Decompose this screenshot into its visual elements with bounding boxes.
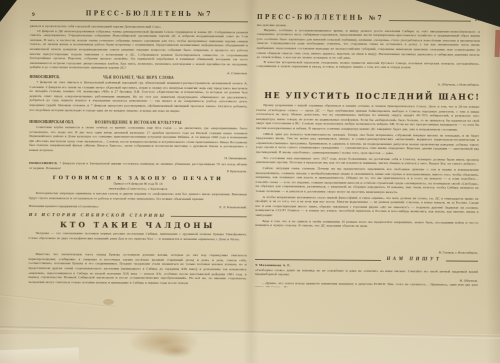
press-law-paragraph: Категорически запрещаю принимать в киоск… <box>29 191 247 202</box>
chance-paragraph-6: Беда в том, что я не одинок в своём пони… <box>255 219 478 230</box>
chaldony-cont-paragraph-2: В качестве исторической параллели «чалдо… <box>257 60 480 71</box>
red-edge-mark <box>495 30 500 57</box>
culture-paragraph: Советские клубы меняются в своих отчётах… <box>29 125 247 154</box>
masthead-right: ПРЕСС-БЮЛЛЕТЕНЬ №7 <box>257 14 384 22</box>
chaldony-paragraph-2: Известно, что значительную часть отряда … <box>28 252 246 286</box>
header-rule-right <box>389 20 471 22</box>
page-left: 9 ПРЕСС-БЮЛЛЕТЕНЬ №7 рваться и провозгла… <box>28 10 248 294</box>
chance-paragraph-1: Прошу разрешения с вашей страницы обрати… <box>256 103 479 132</box>
masthead-left: ПРЕСС-БЮЛЛЕТЕНЬ №7 <box>86 10 213 18</box>
paper-stain-small <box>158 344 194 358</box>
paper-crease-small <box>0 294 115 309</box>
page-number-left: 9 <box>32 12 35 18</box>
chance-headline: НЕ УПУСТИТЬ ПОСЛЕДНИЙ ШАНС! <box>264 90 479 102</box>
letters-section: Т. Малашенкову А. Е. «Свободное слово» д… <box>255 263 478 289</box>
chance-signature: В. Глазков, г. Новосибирск. <box>439 250 478 254</box>
church-notice: НОВОСИБИРСК. 7 февраля утром в Заельцовс… <box>29 161 247 173</box>
page-number-right: 10 <box>474 17 480 23</box>
page-left-header: 9 ПРЕСС-БЮЛЛЕТЕНЬ №7 <box>30 10 248 20</box>
chance-paragraph-4: Сейчас ситуация очень сложная. Почему же… <box>256 166 479 195</box>
church-dateline: НОВОСИБИРСК. <box>29 161 58 165</box>
page-right-header: ПРЕСС-БЮЛЛЕТЕНЬ №7 10 <box>257 12 480 23</box>
history-kicker: ИЗ ИСТОРИИ СИБИРСКОЙ СТАРИНЫ <box>29 212 166 218</box>
letter-addressee: Т. Малашенкову А. Е. <box>255 263 291 267</box>
paper-spot <box>103 299 114 305</box>
metro-paragraph: 7 февраля не смог явиться в Центральный … <box>29 80 247 114</box>
chaldony-paragraph-1: Чалдоны — это самоназвание потомков перв… <box>29 231 247 242</box>
chaldony-lede: Чалдоны — это самоназвание потомков перв… <box>29 231 247 251</box>
culture-signature: И. Овчинников. <box>224 156 247 160</box>
chance-paragraph-3: Это состояние нам напоминает лето 1917 г… <box>256 156 479 167</box>
bulletin-spread: 9 ПРЕСС-БЮЛЛЕТЕНЬ №7 рваться и провозгла… <box>0 0 500 363</box>
press-law-signature-name: Е. Л. Романовский. <box>219 205 247 209</box>
history-kicker-row: ИЗ ИСТОРИИ СИБИРСКОЙ СТАРИНЫ <box>29 212 247 218</box>
press-law-signature-title: Начальник краевого предприятия «Союзпеча… <box>29 204 99 208</box>
photo-background: 9 ПРЕСС-БЮЛЛЕТЕНЬ №7 рваться и провозгла… <box>0 0 500 363</box>
culture-article: Советские клубы меняются в своих отчётах… <box>29 125 247 160</box>
letter-2-text: …Думаю, что газета всегда принесёт измен… <box>255 281 478 289</box>
page-right: ПРЕСС-БЮЛЛЕТЕНЬ №7 10 мы донские казаки.… <box>255 12 480 289</box>
metro-dateline: НОВОСИБИРСК. <box>30 75 61 79</box>
metro-article: 7 февраля не смог явиться в Центральный … <box>29 80 247 119</box>
header-rule-left <box>30 20 248 22</box>
church-text: 7 февраля утром в Заельцовской церкви со… <box>29 161 247 170</box>
under-sheet-edge <box>0 348 79 363</box>
intro-paragraph: 10 февраля в ДК железнодорожников собрал… <box>30 29 248 72</box>
chance-paragraph-5: А чтобы исправление изложенного стало пе… <box>255 195 478 220</box>
church-signature: Р. Крыльцова. <box>227 169 247 173</box>
letters-rule-left <box>255 259 381 261</box>
letters-kicker-row: НАМ ПИШУТ <box>255 256 478 263</box>
intro-signature: А. Сумароков. <box>30 70 248 74</box>
chance-article: Прошу разрешения с вашей страницы обрати… <box>255 103 479 255</box>
chaldony-signature: А. Обычнов, г. Новосибирск. <box>438 82 480 86</box>
letters-kicker: НАМ ПИШУТ <box>386 257 441 262</box>
chaldony-cont-paragraph-1: Видимо, особенно в послереволюционное вр… <box>257 28 480 62</box>
chance-paragraph-2: 1990-й один раз испытал чувствительность… <box>256 132 479 157</box>
chaldony-headline: КТО ТАКИЕ ЧАЛДОНЫ <box>29 220 247 230</box>
chaldony-body: Известно, что значительную часть отряда … <box>28 252 246 293</box>
letters-rule-right <box>446 260 478 261</box>
history-kicker-rule <box>171 216 247 217</box>
chaldony-continued: мы донские казаки. Видимо, особенно в по… <box>256 23 479 87</box>
culture-dateline: НОВОСИБИРСКАЯ ОБЛ. <box>29 120 74 124</box>
intro-article: рваться и провозгласить себя городской о… <box>30 24 248 74</box>
press-law-body: Категорически запрещаю принимать в киоск… <box>29 191 247 205</box>
press-law-section: ГОТОВИМСЯ К ЗАКОНУ О ПЕЧАТИ Приказ от 8 … <box>29 175 247 210</box>
